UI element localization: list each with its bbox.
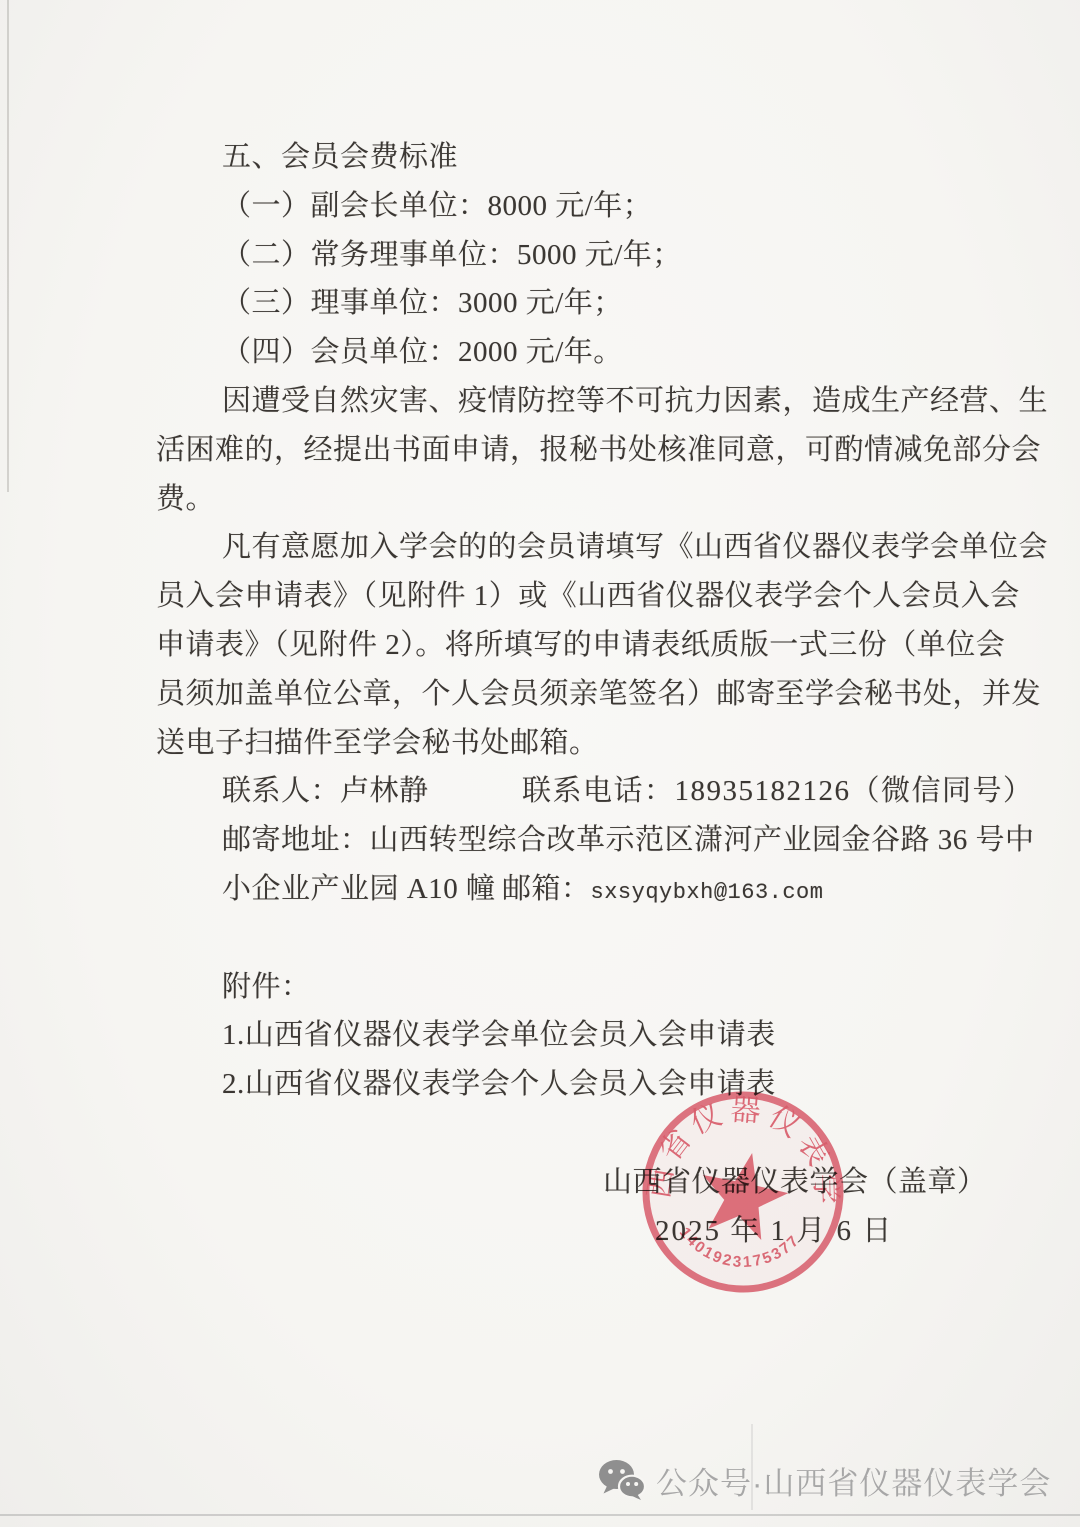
contact-email: 邮箱：sxsyqybxh@163.com bbox=[502, 865, 823, 918]
contact-line: 邮寄地址：山西转型综合改革示范区潇河产业园金谷路 36 号中 bbox=[156, 816, 926, 865]
official-seal: 山西省仪器仪表学会 1401923175377 bbox=[633, 1082, 853, 1302]
watermark-text: 公众号·山西省仪器仪表学会 bbox=[656, 1458, 1051, 1503]
scan-artifact-bottom-line bbox=[0, 1514, 1080, 1516]
contact-address2: 小企业产业园 A10 幢 bbox=[222, 873, 495, 905]
body-line: 送电子扫描件至学会秘书处邮箱。 bbox=[156, 719, 926, 768]
section-heading: 五、会员会费标准 bbox=[156, 133, 926, 182]
body-line: 活困难的，经提出书面申请，报秘书处核准同意，可酌情减免部分会 bbox=[156, 426, 926, 475]
fee-line: （三）理事单位：3000 元/年； bbox=[156, 279, 926, 328]
body-line: 申请表》（见附件 2）。将所填写的申请表纸质版一式三份（单位会 bbox=[156, 621, 926, 670]
attachment-item: 1.山西省仪器仪表学会单位会员入会申请表 bbox=[156, 1011, 926, 1060]
contact-person: 联系人：卢林静 bbox=[222, 775, 429, 807]
fee-line: （四）会员单位：2000 元/年。 bbox=[156, 328, 926, 377]
body-line: 凡有意愿加入学会的的会员请填写《山西省仪器仪表学会单位会 bbox=[156, 523, 926, 572]
fee-line: （一）副会长单位：8000 元/年； bbox=[156, 182, 926, 231]
blank-line bbox=[156, 914, 926, 963]
email-label: 邮箱： bbox=[502, 873, 591, 905]
wechat-icon bbox=[598, 1459, 646, 1501]
attachments-label: 附件： bbox=[156, 963, 926, 1012]
email-value: sxsyqybxh@163.com bbox=[591, 880, 824, 905]
body-line: 费。 bbox=[156, 475, 926, 524]
body-line: 员入会申请表》（见附件 1）或《山西省仪器仪表学会个人会员入会 bbox=[156, 572, 926, 621]
fee-line: （二）常务理事单位：5000 元/年； bbox=[156, 231, 926, 280]
wechat-watermark: 公众号·山西省仪器仪表学会 bbox=[598, 1454, 1051, 1506]
scan-artifact-left-line bbox=[7, 0, 9, 492]
contact-phone: 联系电话：18935182126（微信同号） bbox=[522, 767, 1034, 816]
contact-line: 联系人：卢林静 联系电话：18935182126（微信同号） bbox=[156, 767, 926, 816]
document-page: 五、会员会费标准 （一）副会长单位：8000 元/年； （二）常务理事单位：50… bbox=[0, 0, 1080, 1527]
contact-line: 小企业产业园 A10 幢 邮箱：sxsyqybxh@163.com bbox=[156, 865, 926, 914]
body-line: 员须加盖单位公章，个人会员须亲笔签名）邮寄至学会秘书处，并发 bbox=[156, 670, 926, 719]
body-line: 因遭受自然灾害、疫情防控等不可抗力因素，造成生产经营、生 bbox=[156, 377, 926, 426]
